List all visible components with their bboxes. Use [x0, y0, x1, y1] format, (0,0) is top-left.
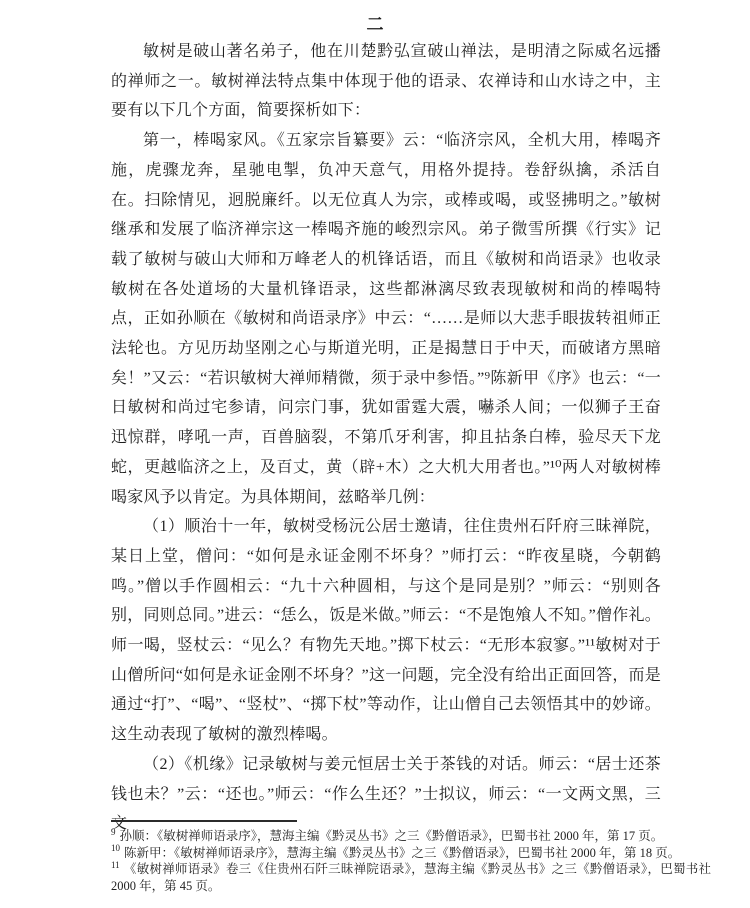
footnote-text: 陈新甲：《敏树禅师语录序》，慧海主编《黔灵丛书》之三《黔僧语录》，巴蜀书社 20… [124, 846, 680, 860]
paragraph: 第一，棒喝家风。《五家宗旨纂要》云：“临济宗风，全机大用，棒喝齐施，虎骤龙奔，星… [111, 126, 661, 512]
paragraph: （1）顺治十一年，敏树受杨沅公居士邀请，往住贵州石阡府三昧禅院，某日上堂，僧问：… [111, 512, 661, 750]
page-number: 二 [0, 10, 750, 35]
footnote: 11《敏树禅师语录》卷三《住贵州石阡三昧禅院语录》，慧海主编《黔灵丛书》之三《黔… [111, 861, 711, 894]
footnote-text: 《敏树禅师语录》卷三《住贵州石阡三昧禅院语录》，慧海主编《黔灵丛书》之三《黔僧语… [111, 862, 711, 893]
footnote-marker: 9 [111, 827, 116, 837]
footnote-marker: 11 [111, 860, 120, 870]
footnote-marker: 10 [111, 843, 120, 853]
footnotes-section: 9孙顺：《敏树禅师语录序》，慧海主编《黔灵丛书》之三《黔僧语录》，巴蜀书社 20… [111, 820, 711, 894]
body-text: 敏树是破山著名弟子，他在川楚黔弘宣破山禅法，是明清之际威名远播的禅师之一。敏树禅… [111, 37, 661, 839]
footnote-divider [111, 820, 297, 822]
paragraph: 敏树是破山著名弟子，他在川楚黔弘宣破山禅法，是明清之际威名远播的禅师之一。敏树禅… [111, 37, 661, 126]
footnote: 9孙顺：《敏树禅师语录序》，慧海主编《黔灵丛书》之三《黔僧语录》，巴蜀书社 20… [111, 828, 711, 845]
footnote: 10陈新甲：《敏树禅师语录序》，慧海主编《黔灵丛书》之三《黔僧语录》，巴蜀书社 … [111, 845, 711, 862]
document-page: 二 敏树是破山著名弟子，他在川楚黔弘宣破山禅法，是明清之际威名远播的禅师之一。敏… [0, 0, 750, 908]
footnote-text: 孙顺：《敏树禅师语录序》，慧海主编《黔灵丛书》之三《黔僧语录》，巴蜀书社 200… [120, 829, 664, 843]
